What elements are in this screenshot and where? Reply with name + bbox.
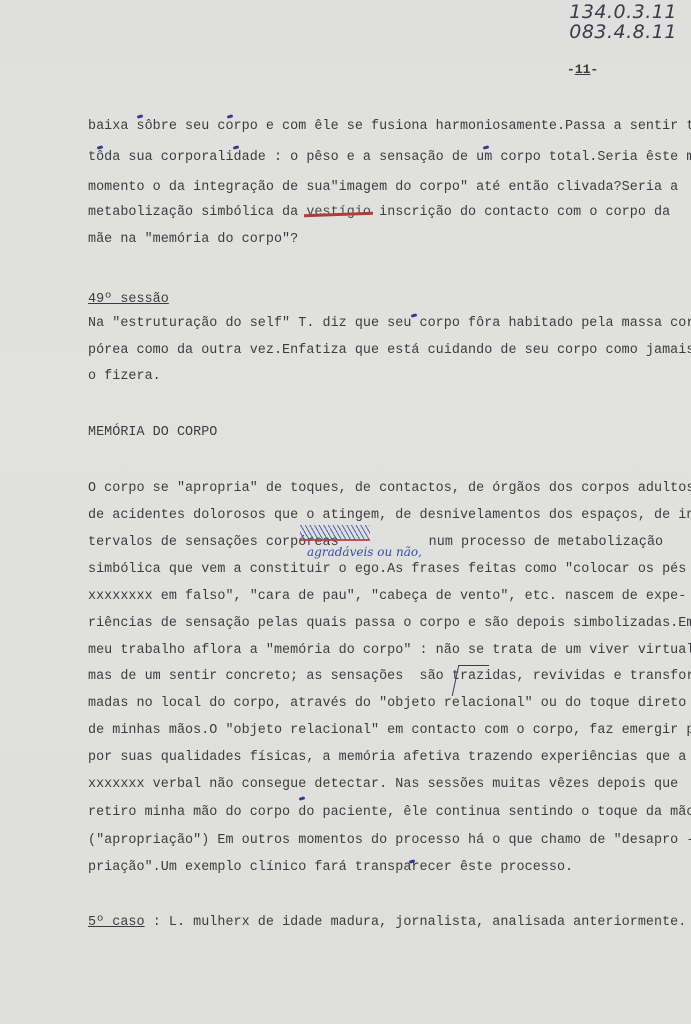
text-line: Na "estruturação do self" T. diz que seu… — [88, 316, 691, 332]
document-page: 134.0.3.11 083.4.8.11 -11- baixa sôbre s… — [0, 0, 691, 1024]
archive-ref-line-1: 134.0.3.11 — [569, 2, 677, 22]
text-line: xxxxxxx verbal não consegue detectar. Na… — [88, 777, 678, 793]
text-line: momento o da integração de sua"imagem do… — [88, 180, 678, 196]
archive-ref-line-2: 083.4.8.11 — [569, 22, 677, 42]
page-number: -11- — [567, 62, 598, 77]
handwritten-bracket-mark — [452, 665, 490, 696]
text-line: por suas qualidades físicas, a memória a… — [88, 750, 686, 766]
session-heading: 49º sessão — [88, 292, 169, 308]
text-line: madas no local do corpo, através do "obj… — [88, 696, 686, 712]
text-line: xxxxxxxx em falso", "cara de pau", "cabe… — [88, 589, 686, 605]
text-line: metabolização simbólica da vestígio insc… — [88, 205, 670, 221]
case-line: 5º caso : L. mulherx de idade madura, jo… — [88, 915, 686, 931]
text-line: tôda sua corporalidade : o pêso e a sens… — [88, 150, 691, 166]
section-title: MEMÓRIA DO CORPO — [88, 425, 217, 441]
handwritten-insertion: agradáveis ou não, — [307, 545, 422, 559]
ink-accent-mark — [299, 796, 306, 800]
text-line: mãe na "memória do corpo"? — [88, 232, 298, 248]
text-line: de minhas mãos.O "objeto relacional" em … — [88, 723, 691, 739]
text-line: ("apropriação") Em outros momentos do pr… — [88, 833, 691, 849]
text-line: baixa sôbre seu corpo e com êle se fusio… — [88, 119, 691, 135]
text-line: meu trabalho aflora a "memória do corpo"… — [88, 643, 691, 659]
text-line: mas de um sentir concreto; as sensações … — [88, 669, 691, 685]
text-line: de acidentes dolorosos que o atingem, de… — [88, 508, 691, 524]
text-line: simbólica que vem a constituir o ego.As … — [88, 562, 686, 578]
text-line: O corpo se "apropria" de toques, de cont… — [88, 481, 691, 497]
text-line: retiro minha mão do corpo do paciente, ê… — [88, 805, 691, 821]
struck-word: vestígio — [306, 205, 371, 220]
crossed-out-annotation — [300, 525, 370, 541]
case-heading: 5º caso — [88, 915, 145, 930]
text-line: o fizera. — [88, 369, 161, 385]
text-line: priação".Um exemplo clínico fará transpa… — [88, 860, 573, 876]
text-line: pórea como da outra vez.Enfatiza que est… — [88, 343, 691, 359]
text-line: riências de sensação pelas quais passa o… — [88, 616, 691, 632]
archive-reference: 134.0.3.11 083.4.8.11 — [569, 2, 677, 42]
